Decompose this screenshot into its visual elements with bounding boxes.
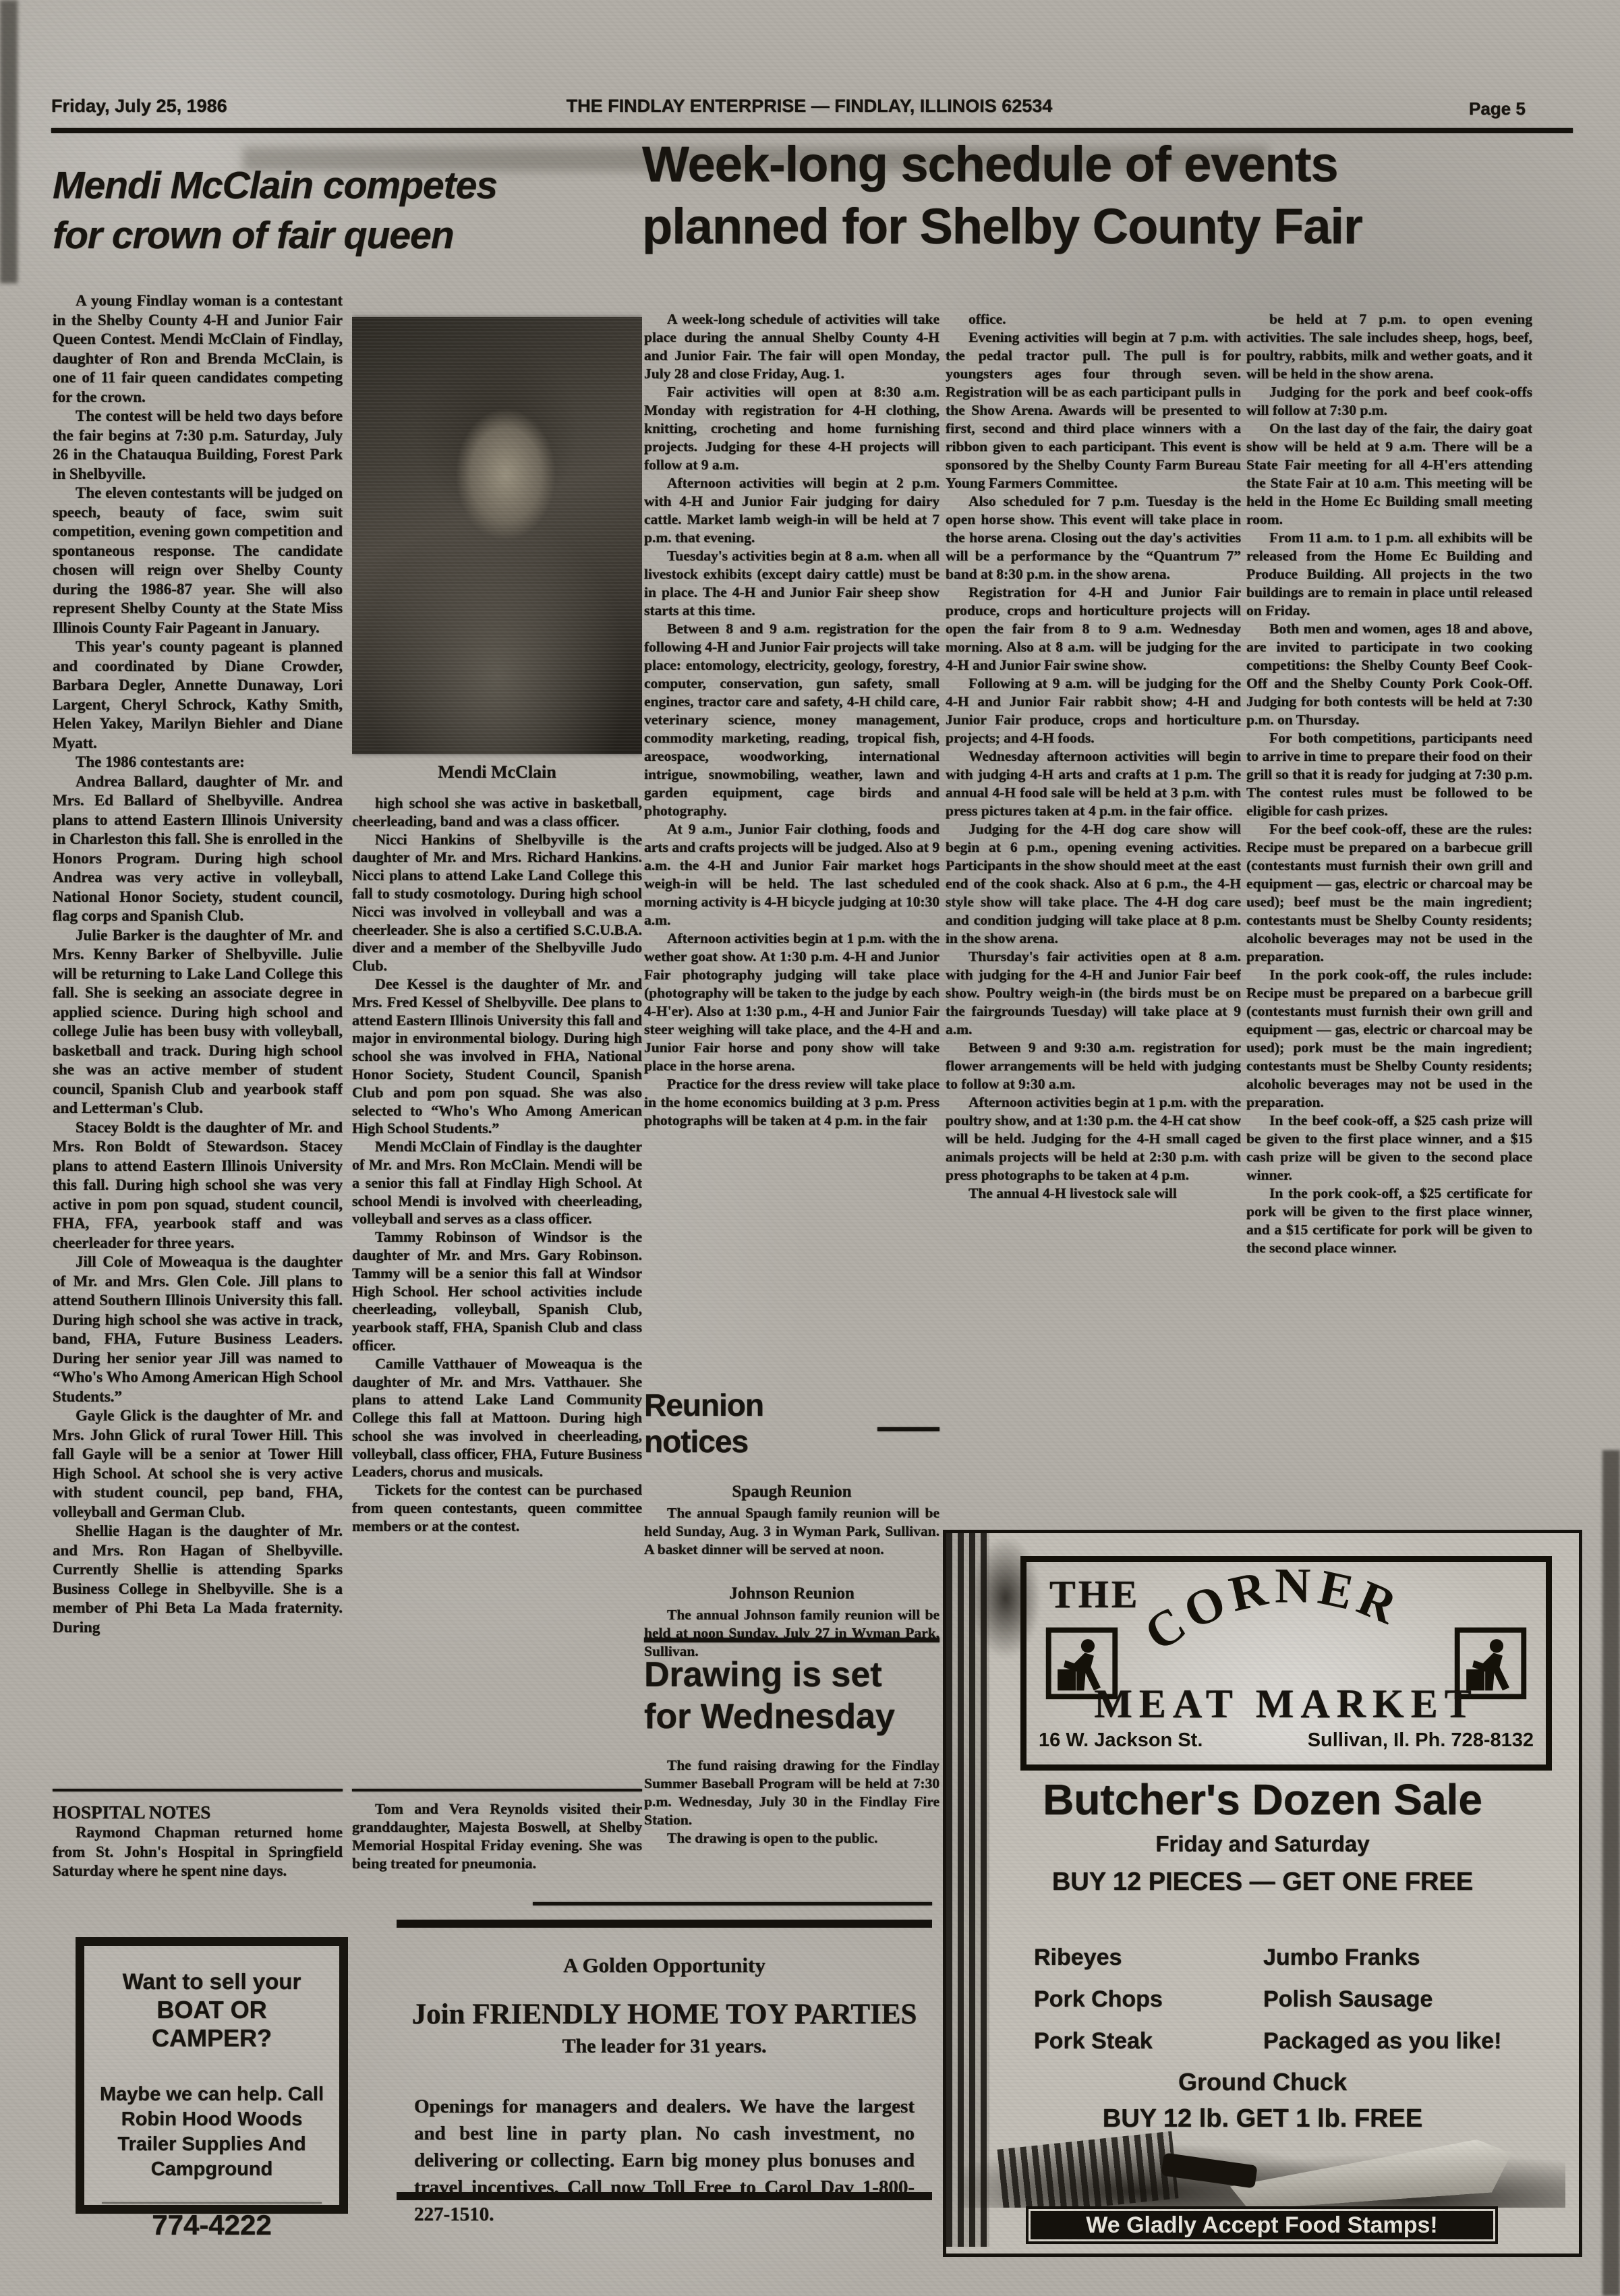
fair-article-column-2: office.Evening activities will begin at …: [946, 310, 1241, 1521]
queen-article-headline: Mendi McClain competes for crown of fair…: [53, 161, 646, 260]
boat-ad-divider: [102, 2202, 322, 2204]
paragraph: In the pork cook-off, a $25 certificate …: [1246, 1184, 1532, 1257]
meat-ad-name-bottom: MEAT MARKET: [1026, 1681, 1546, 1727]
drawing-headline: Drawing is set for Wednesday: [644, 1654, 939, 1738]
paragraph: Julie Barker is the daughter of Mr. and …: [53, 926, 343, 1118]
visit-note: Tom and Vera Reynolds visited their gran…: [352, 1800, 642, 1872]
drawing-article: Drawing is set for Wednesday The fund ra…: [644, 1654, 939, 1847]
scan-edge-artifact: [0, 0, 18, 283]
paragraph: The 1986 contestants are:: [53, 753, 343, 772]
page-number: Page 5: [1469, 98, 1526, 119]
reunion-notices: Reunion notices Spaugh Reunion The annua…: [644, 1387, 939, 1661]
headline-line: for crown of fair queen: [53, 210, 646, 260]
drawing-article-text: The fund raising drawing for the Findlay…: [644, 1756, 939, 1847]
toy-ad-tagline: A Golden Opportunity: [397, 1953, 932, 1978]
paragraph: The drawing is open to the public.: [644, 1829, 939, 1847]
queen-article-column-1: A young Findlay woman is a contestant in…: [53, 291, 343, 1779]
paragraph: In the beef cook-off, a $25 cash prize w…: [1246, 1112, 1532, 1184]
paragraph: Pork Steak: [1034, 2020, 1256, 2062]
boat-camper-ad: Want to sell your BOAT OR CAMPER? Maybe …: [76, 1937, 348, 2214]
meat-ad-city-phone: Sullivan, Il. Ph. 728-8132: [1308, 1729, 1534, 1752]
fair-article-column-1: A week-long schedule of activities will …: [644, 310, 939, 1369]
queen-article-column-2: Mendi McClain high school she was active…: [352, 291, 642, 1779]
queen-article-column-2-text: high school she was active in basketball…: [352, 795, 642, 1773]
paragraph: Packaged as you like!: [1263, 2020, 1560, 2062]
meat-market-arc-text: CORNER: [1135, 1562, 1410, 1662]
svg-text:CORNER: CORNER: [1135, 1562, 1410, 1662]
paragraph: Mendi McClain of Findlay is the daughter…: [352, 1138, 642, 1228]
paragraph: Evening activities will begin at 7 p.m. …: [946, 328, 1241, 492]
hospital-notes-text: Raymond Chapman returned home from St. J…: [53, 1823, 343, 1881]
paragraph: be held at 7 p.m. to open evening activi…: [1246, 310, 1532, 383]
reunion-item-text: The annual Spaugh family reunion will be…: [644, 1504, 939, 1559]
paragraph: Afternoon activities begin at 1 p.m. wit…: [946, 1093, 1241, 1184]
heading-dash: [877, 1427, 939, 1431]
paragraph: A week-long schedule of activities will …: [644, 310, 939, 383]
paragraph: The fund raising drawing for the Findlay…: [644, 1756, 939, 1829]
header-rule: [51, 128, 1573, 133]
paragraph: For the beef cook-off, these are the rul…: [1246, 820, 1532, 966]
paragraph: Andrea Ballard, daughter of Mr. and Mrs.…: [53, 772, 343, 926]
section-rule: [53, 1789, 343, 1791]
boat-ad-phone: 774-4222: [95, 2209, 328, 2241]
meat-market-arc-name: CORNER: [1104, 1562, 1482, 1684]
meat-ad-address: 16 W. Jackson St.: [1039, 1729, 1203, 1752]
meat-ad-ground-item: Ground Chuck: [946, 2068, 1579, 2096]
headline-line: planned for Shelby County Fair: [642, 196, 1580, 258]
meat-market-ad: THE CORNER MEAT MARKET 16 W.: [943, 1530, 1582, 2257]
cleaver-blade: [1228, 2137, 1515, 2208]
paragraph: Jumbo Franks: [1263, 1936, 1560, 1978]
paragraph: Tickets for the contest can be purchased…: [352, 1481, 642, 1535]
newspaper-page: Friday, July 25, 1986 THE FINDLAY ENTERP…: [0, 0, 1620, 2296]
headline-line: Mendi McClain competes: [53, 161, 646, 210]
scan-edge-artifact: [1602, 1450, 1620, 2296]
food-stamps-banner: We Gladly Accept Food Stamps!: [1026, 2206, 1498, 2244]
meat-ad-items-right: Jumbo FranksPolish SausagePackaged as yo…: [1263, 1936, 1560, 2062]
toy-ad-body: Openings for managers and dealers. We ha…: [414, 2093, 915, 2228]
paragraph: Tuesday's activities begin at 8 a.m. whe…: [644, 547, 939, 620]
paragraph: A young Findlay woman is a contestant in…: [53, 291, 343, 407]
paragraph: Also scheduled for 7 p.m. Tuesday is the…: [946, 492, 1241, 583]
paragraph: Pork Chops: [1034, 1978, 1256, 2020]
paragraph: Tammy Robinson of Windsor is the daughte…: [352, 1228, 642, 1355]
meat-ad-offer: BUY 12 PIECES — GET ONE FREE: [946, 1868, 1579, 1897]
paragraph: Gayle Glick is the daughter of Mr. and M…: [53, 1406, 343, 1522]
headline-line: Drawing is set: [644, 1654, 939, 1696]
paragraph: Both men and women, ages 18 and above, a…: [1246, 620, 1532, 729]
paragraph: office.: [946, 310, 1241, 328]
paragraph: Afternoon activities will begin at 2 p.m…: [644, 474, 939, 547]
paragraph: Ribeyes: [1034, 1936, 1256, 1978]
paragraph: Shellie Hagan is the daughter of Mr. and…: [53, 1522, 343, 1637]
fair-article-headline: Week-long schedule of events planned for…: [642, 134, 1580, 258]
paragraph: From 11 a.m. to 1 p.m. all exhibits will…: [1246, 529, 1532, 620]
fringe-texture: [997, 2131, 1178, 2208]
paragraph: high school she was active in basketball…: [352, 795, 642, 831]
paragraph: Judging for the 4-H dog care show will b…: [946, 820, 1241, 948]
mendi-mcclain-photo: [352, 317, 642, 754]
paragraph: Dee Kessel is the daughter of Mr. and Mr…: [352, 975, 642, 1138]
paragraph: Polish Sausage: [1263, 1978, 1560, 2020]
reunion-item-title: Spaugh Reunion: [644, 1483, 939, 1501]
paragraph: Wednesday afternoon activities will begi…: [946, 747, 1241, 820]
paragraph: Afternoon activities begin at 1 p.m. wit…: [644, 929, 939, 1075]
toy-parties-ad: A Golden Opportunity Join FRIENDLY HOME …: [397, 1920, 932, 2200]
hospital-notes: HOSPITAL NOTES Raymond Chapman returned …: [53, 1802, 343, 1881]
boat-ad-line2: BOAT OR CAMPER?: [95, 1996, 328, 2053]
section-rule: [533, 1902, 932, 1905]
meat-ad-sale-days: Friday and Saturday: [946, 1831, 1579, 1857]
meat-ad-items-left: RibeyesPork ChopsPork Steak: [1034, 1936, 1256, 2062]
cleaver-illustration: [960, 2127, 1565, 2208]
paragraph: On the last day of the fair, the dairy g…: [1246, 420, 1532, 529]
paragraph: In the pork cook-off, the rules include:…: [1246, 966, 1532, 1112]
paragraph: Stacey Boldt is the daughter of Mr. and …: [53, 1118, 343, 1253]
paragraph: For both competitions, participants need…: [1246, 729, 1532, 820]
paragraph: Between 8 and 9 a.m. registration for th…: [644, 620, 939, 820]
reunion-item-title: Johnson Reunion: [644, 1584, 939, 1603]
section-rule: [644, 1638, 939, 1642]
paragraph: Nicci Hankins of Shelbyville is the daug…: [352, 831, 642, 975]
headline-line: for Wednesday: [644, 1696, 939, 1738]
headline-line: Week-long schedule of events: [642, 134, 1580, 196]
reunion-item-text: The annual Johnson family reunion will b…: [644, 1606, 939, 1661]
meat-ad-address-row: 16 W. Jackson St. Sullivan, Il. Ph. 728-…: [1039, 1729, 1534, 1752]
paragraph: The contest will be held two days before…: [53, 407, 343, 484]
boat-ad-body: Maybe we can help. Call Robin Hood Woods…: [95, 2082, 328, 2182]
section-rule: [352, 1789, 642, 1791]
paragraph: Between 9 and 9:30 a.m. registration for…: [946, 1039, 1241, 1093]
paragraph: The annual 4-H livestock sale will: [946, 1184, 1241, 1203]
paragraph: Thursday's fair activities open at 8 a.m…: [946, 948, 1241, 1039]
toy-ad-headline: Join FRIENDLY HOME TOY PARTIES: [397, 1998, 932, 2031]
paragraph: This year's county pageant is planned an…: [53, 637, 343, 753]
meat-ad-sale-title: Butcher's Dozen Sale: [946, 1775, 1579, 1825]
photo-caption: Mendi McClain: [352, 762, 642, 782]
fair-article-column-3: be held at 7 p.m. to open evening activi…: [1246, 310, 1532, 1511]
paragraph: Fair activities will open at 8:30 a.m. M…: [644, 383, 939, 474]
page-date: Friday, July 25, 1986: [51, 96, 227, 117]
reunion-notices-heading: Reunion notices: [644, 1387, 865, 1460]
paragraph: Jill Cole of Moweaqua is the daughter of…: [53, 1253, 343, 1406]
paragraph: Judging for the pork and beef cook-offs …: [1246, 383, 1532, 420]
meat-market-logo-box: THE CORNER MEAT MARKET 16 W.: [1020, 1556, 1552, 1771]
boat-ad-line1: Want to sell your: [95, 1969, 328, 1994]
paragraph: Practice for the dress review will take …: [644, 1075, 939, 1130]
masthead: THE FINDLAY ENTERPRISE — FINDLAY, ILLINO…: [472, 96, 1147, 117]
paragraph: Camille Vatthauer of Moweaqua is the dau…: [352, 1355, 642, 1482]
paragraph: At 9 a.m., Junior Fair clothing, foods a…: [644, 820, 939, 929]
paragraph: The eleven contestants will be judged on…: [53, 484, 343, 637]
toy-ad-subhead: The leader for 31 years.: [397, 2035, 932, 2058]
hospital-notes-heading: HOSPITAL NOTES: [53, 1802, 343, 1823]
paragraph: Registration for 4-H and Junior Fair pro…: [946, 583, 1241, 675]
paragraph: Following at 9 a.m. will be judging for …: [946, 675, 1241, 747]
